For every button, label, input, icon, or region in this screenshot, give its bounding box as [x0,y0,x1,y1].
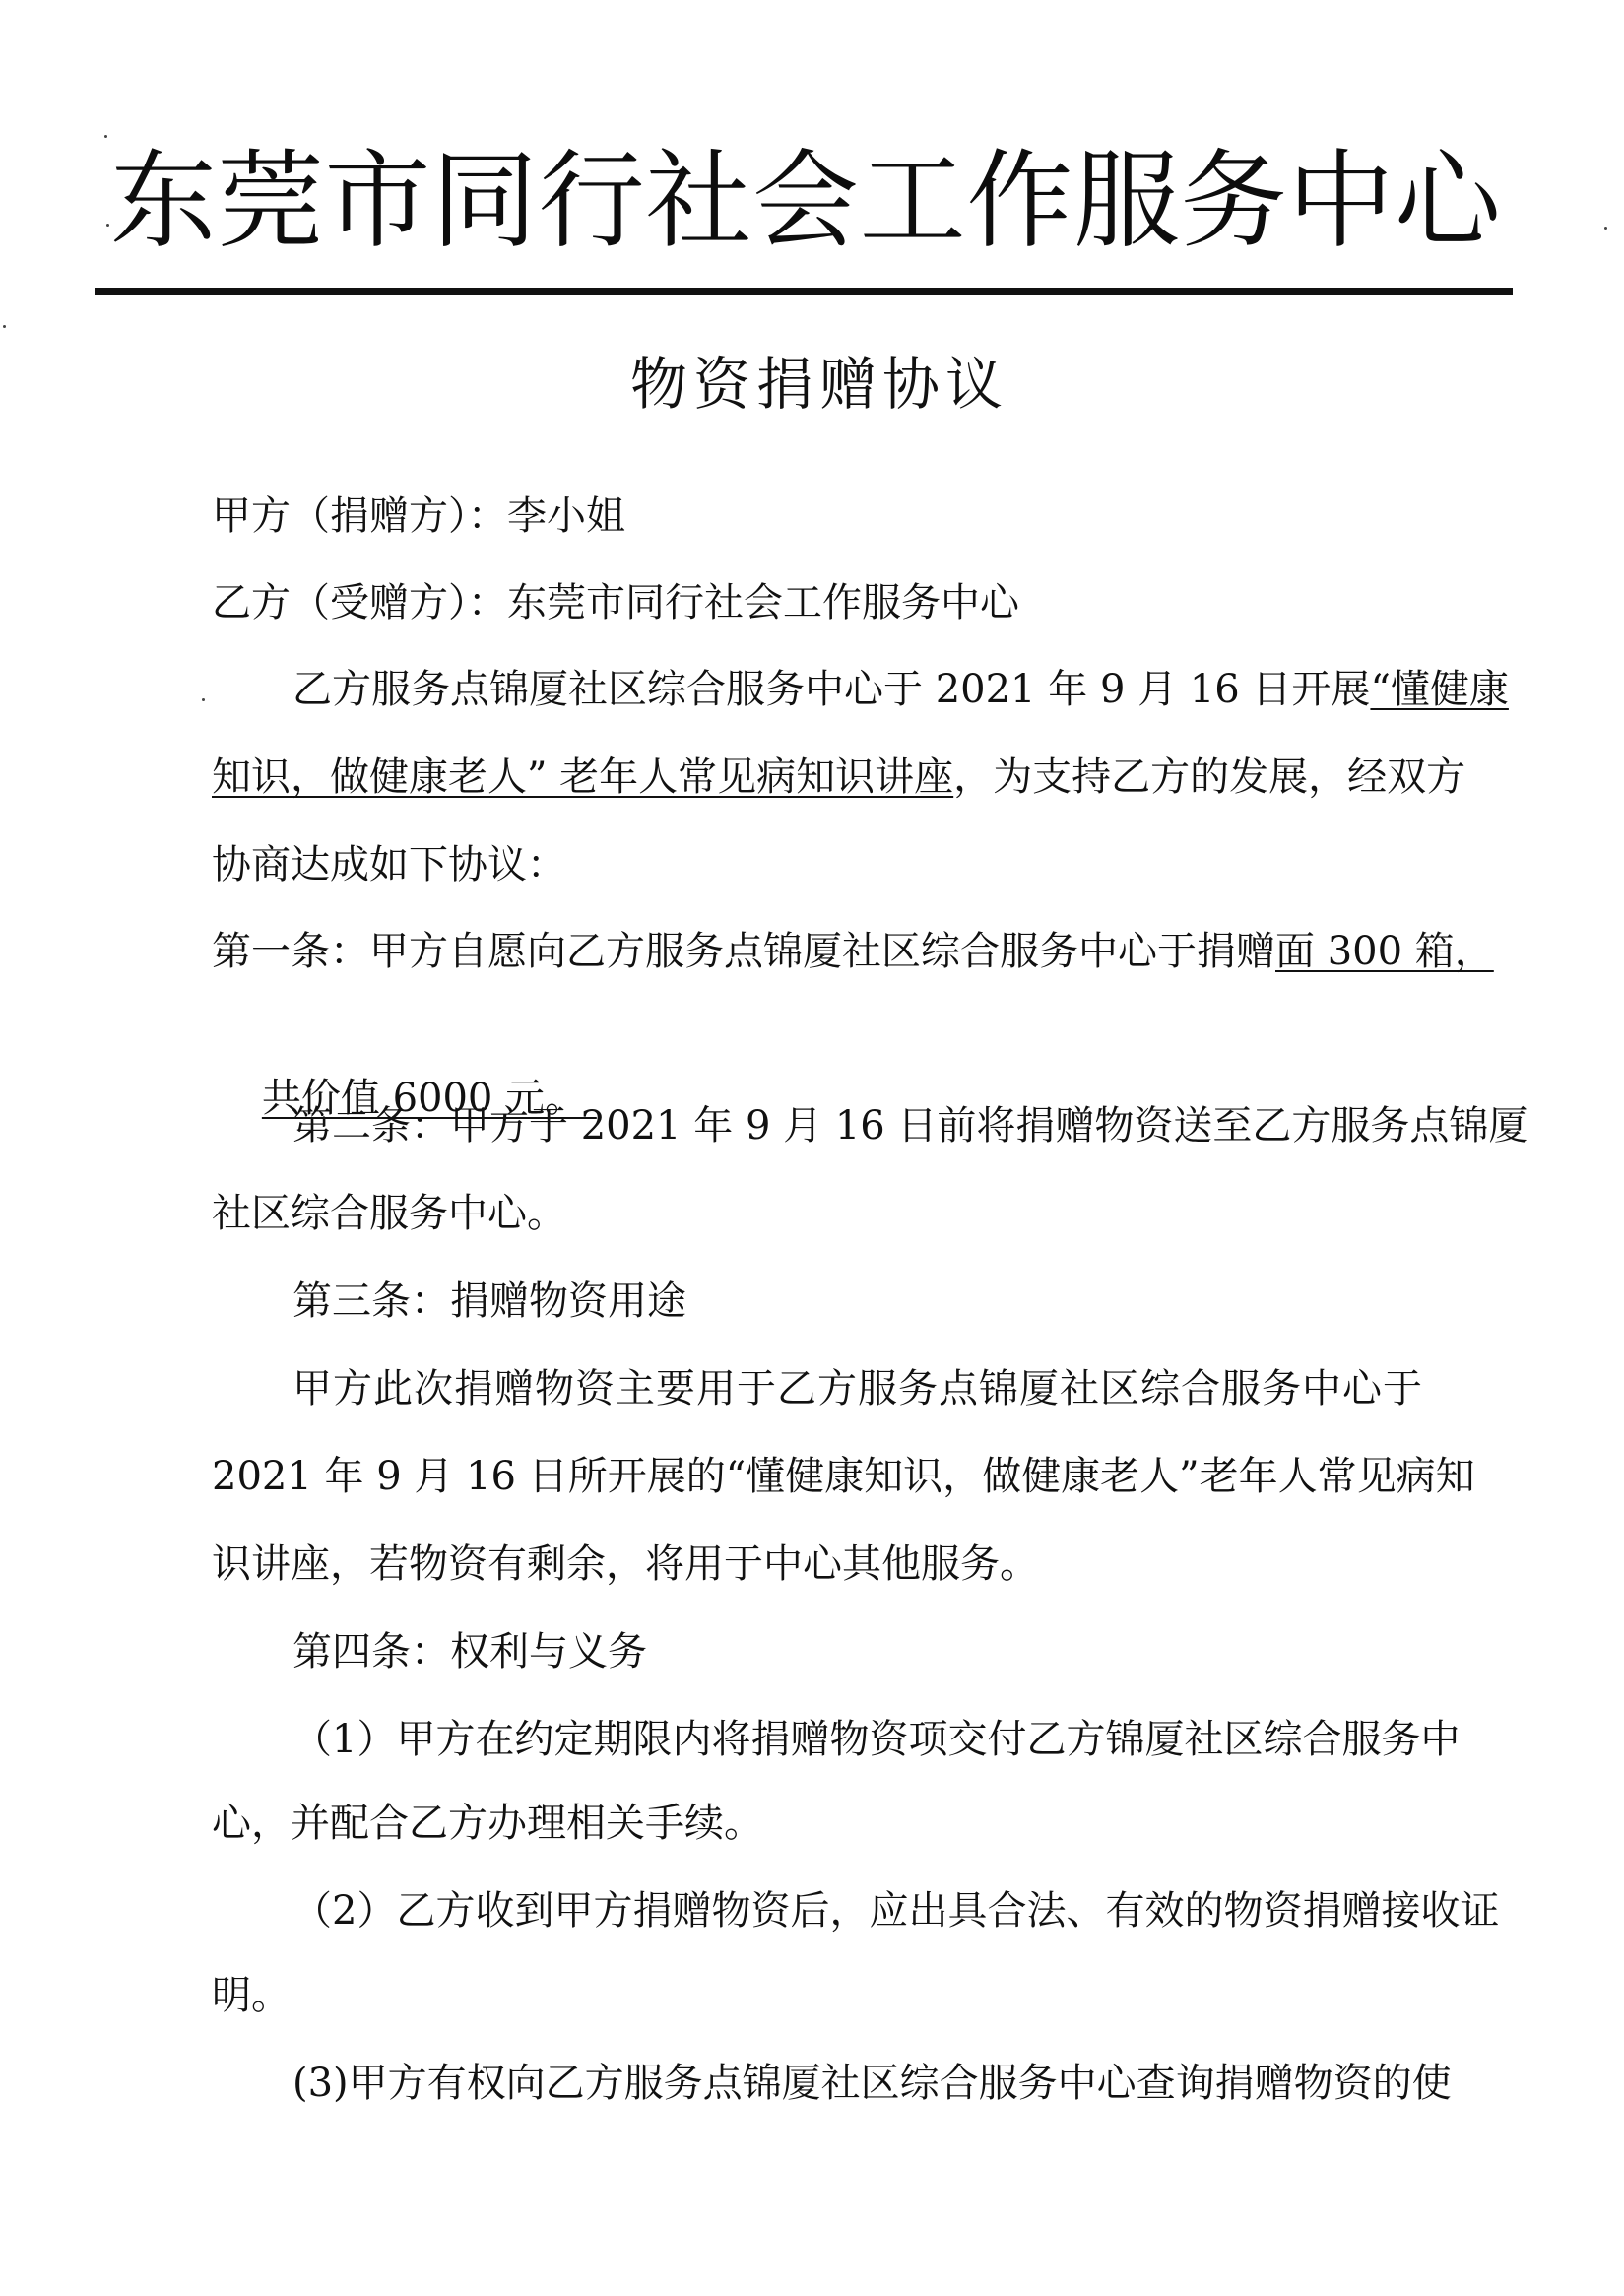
document-title: 物资捐赠协议 [630,345,1003,424]
article-4-item-1-line-1: （1）甲方在约定期限内将捐赠物资项交付乙方锦厦社区综合服务中 [292,1710,1422,1769]
intro-line-3: 协商达成如下协议： [212,835,566,894]
scan-speck [3,325,6,328]
party-a-line: 甲方（捐赠方）：李小姐 [212,487,625,546]
article-4-heading: 第四条：权利与义务 [292,1622,647,1681]
party-a-value: 李小姐 [507,493,625,539]
article-1-line-2: 共价值 6000 元。 [212,1010,597,1069]
donation-quantity-underlined: 面 300 箱， [1275,929,1494,974]
article-1-line-1: 第一条：甲方自愿向乙方服务点锦厦社区综合服务中心于捐赠面 300 箱， [212,922,1422,981]
article-4-item-2-line-1: （2）乙方收到甲方捐赠物资后，应出具合法、有效的物资捐赠接收证 [292,1881,1422,1940]
article-4-item-1-line-2: 心，并配合乙方办理相关手续。 [212,1794,763,1853]
intro-line-2: 知识，做健康老人” 老年人常见病知识讲座，为支持乙方的发展，经双方 [212,748,1422,807]
article-4-item-3-line-1: (3)甲方有权向乙方服务点锦厦社区综合服务中心查询捐赠物资的使 [292,2054,1422,2113]
intro-text: 乙方服务点锦厦社区综合服务中心于 2021 年 9 月 16 日开展 [292,667,1370,712]
scan-speck [106,224,109,227]
article-3-heading: 第三条：捐赠物资用途 [292,1272,686,1331]
article-3-line-3: 识讲座，若物资有剩余，将用于中心其他服务。 [212,1535,1039,1594]
scan-speck [104,135,107,138]
party-b-line: 乙方（受赠方）：东莞市同行社会工作服务中心 [212,573,1019,632]
party-a-label: 甲方（捐赠方）： [212,493,507,539]
article-3-line-2: 2021 年 9 月 16 日所开展的“懂健康知识，做健康老人”老年人常见病知 [212,1447,1422,1506]
event-name-underlined: 知识，做健康老人” 老年人常见病知识讲座 [212,754,953,800]
article-2-line-1: 第二条：甲方于 2021 年 9 月 16 日前将捐赠物资送至乙方服务点锦厦 [292,1096,1422,1155]
scan-speck [202,698,205,701]
article-1-text: 第一条：甲方自愿向乙方服务点锦厦社区综合服务中心于捐赠 [212,929,1275,974]
party-b-label: 乙方（受赠方）： [212,580,507,625]
intro-line-1: 乙方服务点锦厦社区综合服务中心于 2021 年 9 月 16 日开展“懂健康 [292,660,1422,719]
party-b-value: 东莞市同行社会工作服务中心 [507,580,1019,625]
article-3-line-1: 甲方此次捐赠物资主要用于乙方服务点锦厦社区综合服务中心于 [292,1359,1422,1418]
article-4-item-2-line-2: 明。 [212,1966,291,2025]
scan-speck [1604,227,1607,230]
organization-letterhead: 东莞市同行社会工作服务中心 [110,138,1501,266]
intro-text: ，为支持乙方的发展，经双方 [953,754,1465,800]
article-2-line-2: 社区综合服务中心。 [212,1184,566,1243]
letterhead-divider [95,288,1513,295]
event-name-underlined: “懂健康 [1370,667,1508,712]
